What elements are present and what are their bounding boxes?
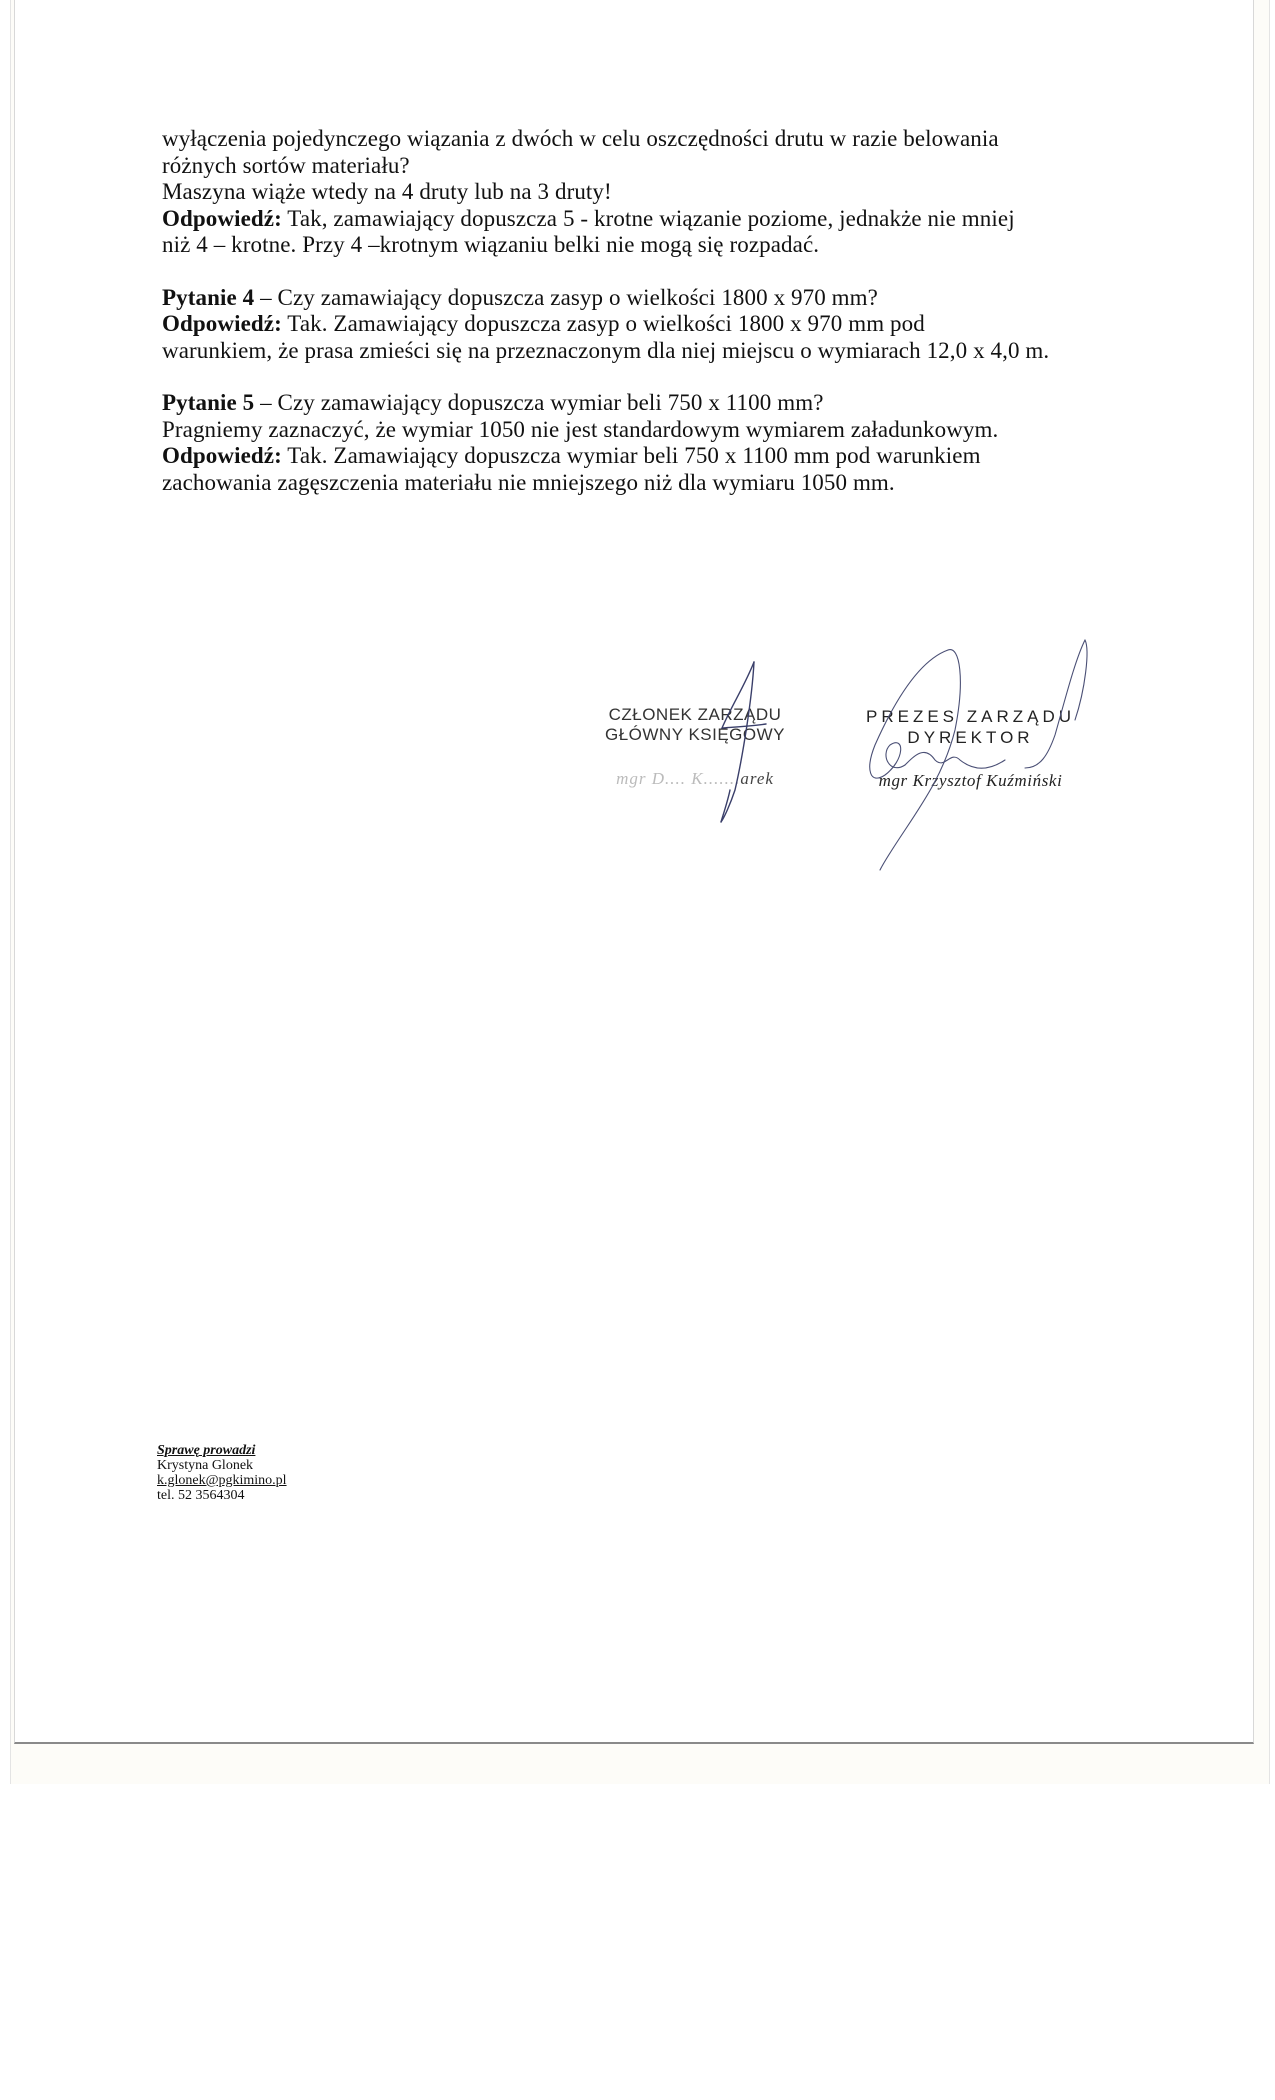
contact-email-link[interactable]: k.glonek@pgkimino.pl [157,1473,287,1488]
stamp-title: PREZES ZARZĄDU [858,706,1083,727]
stamp-title: CZŁONEK ZARZĄDU [590,705,800,725]
paragraph-question-5: Pytanie 5 – Czy zamawiający dopuszcza wy… [162,390,1092,496]
footer-heading: Sprawę prowadzi [157,1443,287,1458]
text-line: Maszyna wiąże wtedy na 4 druty lub na 3 … [162,179,1092,206]
document-body: wyłączenia pojedynczego wiązania z dwóch… [162,126,1092,522]
text-line: Pragniemy zaznaczyć, że wymiar 1050 nie … [162,417,1092,444]
question-line: Pytanie 5 – Czy zamawiający dopuszcza wy… [162,390,1092,417]
stamp-subtitle: DYREKTOR [858,727,1083,748]
paragraph-question-4: Pytanie 4 – Czy zamawiający dopuszcza za… [162,285,1092,365]
contact-name: Krystyna Glonek [157,1458,287,1473]
text-line: niż 4 – krotne. Przy 4 –krotnym wiązaniu… [162,232,1092,259]
answer-label: Odpowiedź: [162,443,282,468]
stamp-subtitle: GŁÓWNY KSIĘGOWY [590,725,800,745]
answer-label: Odpowiedź: [162,206,282,231]
stamp-signatory-name: mgr Krzysztof Kuźmiński [858,770,1083,791]
answer-line: Odpowiedź: Tak. Zamawiający dopuszcza za… [162,311,1092,338]
paragraph-question-3-answer: wyłączenia pojedynczego wiązania z dwóch… [162,126,1092,259]
text-line: wyłączenia pojedynczego wiązania z dwóch… [162,126,1092,153]
stamp-signatory-name: mgr D.... K.......arek [590,769,800,789]
answer-line: Odpowiedź: Tak. Zamawiający dopuszcza wy… [162,443,1092,470]
question-label: Pytanie 5 [162,390,254,415]
text-line: różnych sortów materiału? [162,153,1092,180]
stamp-board-president: PREZES ZARZĄDU DYREKTOR mgr Krzysztof Ku… [858,706,1083,791]
contact-phone: tel. 52 3564304 [157,1488,287,1503]
answer-label: Odpowiedź: [162,311,282,336]
answer-line: Odpowiedź: Tak, zamawiający dopuszcza 5 … [162,206,1092,233]
text-line: warunkiem, że prasa zmieści się na przez… [162,338,1092,365]
stamp-chief-accountant: CZŁONEK ZARZĄDU GŁÓWNY KSIĘGOWY mgr D...… [590,705,800,789]
contact-footer: Sprawę prowadzi Krystyna Glonek k.glonek… [157,1443,287,1503]
question-label: Pytanie 4 [162,285,254,310]
question-line: Pytanie 4 – Czy zamawiający dopuszcza za… [162,285,1092,312]
text-line: zachowania zagęszczenia materiału nie mn… [162,470,1092,497]
